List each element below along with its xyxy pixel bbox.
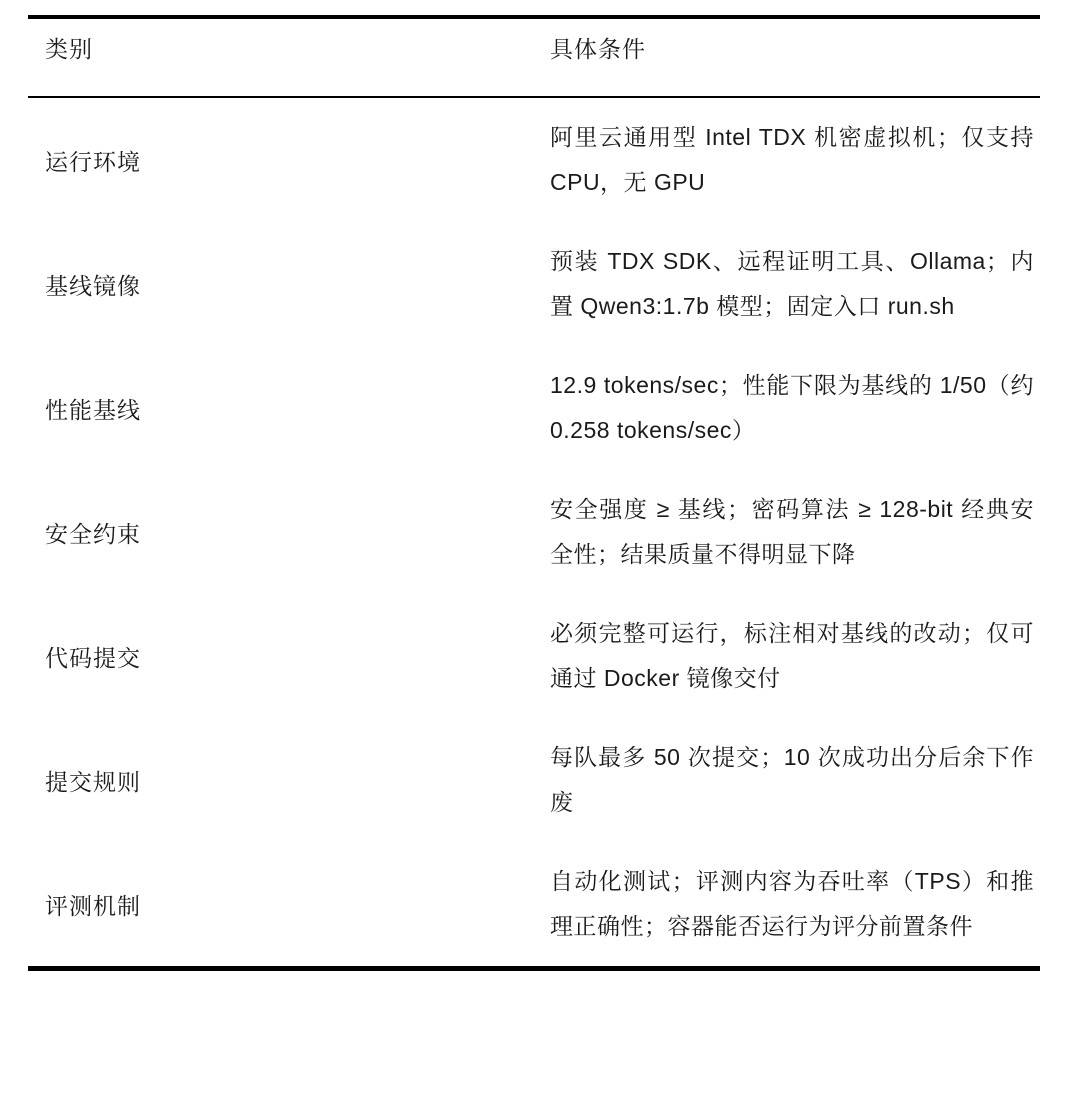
condition-text: 阿里云通用型 Intel TDX 机密虚拟机；仅支持 CPU，无 GPU (550, 98, 1040, 222)
category-label: 性能基线 (28, 346, 550, 470)
table-row-code-submission: 代码提交 必须完整可运行，标注相对基线的改动；仅可通过 Docker 镜像交付 (28, 594, 1040, 718)
header-cell-condition: 具体条件 (550, 36, 1040, 62)
condition-text: 12.9 tokens/sec；性能下限为基线的 1/50（约 0.258 to… (550, 346, 1040, 470)
table-row-baseline-image: 基线镜像 预装 TDX SDK、远程证明工具、Ollama；内置 Qwen3:1… (28, 222, 1040, 346)
category-label: 评测机制 (28, 842, 550, 966)
conditions-table: 类别 具体条件 运行环境 阿里云通用型 Intel TDX 机密虚拟机；仅支持 … (28, 15, 1040, 971)
condition-text: 必须完整可运行，标注相对基线的改动；仅可通过 Docker 镜像交付 (550, 594, 1040, 718)
table-header-row: 类别 具体条件 (28, 19, 1040, 98)
category-label: 基线镜像 (28, 222, 550, 346)
category-label: 提交规则 (28, 718, 550, 842)
category-label: 代码提交 (28, 594, 550, 718)
condition-text: 预装 TDX SDK、远程证明工具、Ollama；内置 Qwen3:1.7b 模… (550, 222, 1040, 346)
condition-text: 安全强度 ≥ 基线；密码算法 ≥ 128-bit 经典安全性；结果质量不得明显下… (550, 470, 1040, 594)
condition-text: 自动化测试；评测内容为吞吐率（TPS）和推理正确性；容器能否运行为评分前置条件 (550, 842, 1040, 966)
table-row-submission-rules: 提交规则 每队最多 50 次提交；10 次成功出分后余下作废 (28, 718, 1040, 842)
table-row-runtime-env: 运行环境 阿里云通用型 Intel TDX 机密虚拟机；仅支持 CPU，无 GP… (28, 98, 1040, 222)
condition-text: 每队最多 50 次提交；10 次成功出分后余下作废 (550, 718, 1040, 842)
header-cell-category: 类别 (28, 36, 550, 62)
table-row-evaluation-mechanism: 评测机制 自动化测试；评测内容为吞吐率（TPS）和推理正确性；容器能否运行为评分… (28, 842, 1040, 966)
category-label: 安全约束 (28, 470, 550, 594)
table-row-security-constraints: 安全约束 安全强度 ≥ 基线；密码算法 ≥ 128-bit 经典安全性；结果质量… (28, 470, 1040, 594)
category-label: 运行环境 (28, 98, 550, 222)
table-row-performance-baseline: 性能基线 12.9 tokens/sec；性能下限为基线的 1/50（约 0.2… (28, 346, 1040, 470)
